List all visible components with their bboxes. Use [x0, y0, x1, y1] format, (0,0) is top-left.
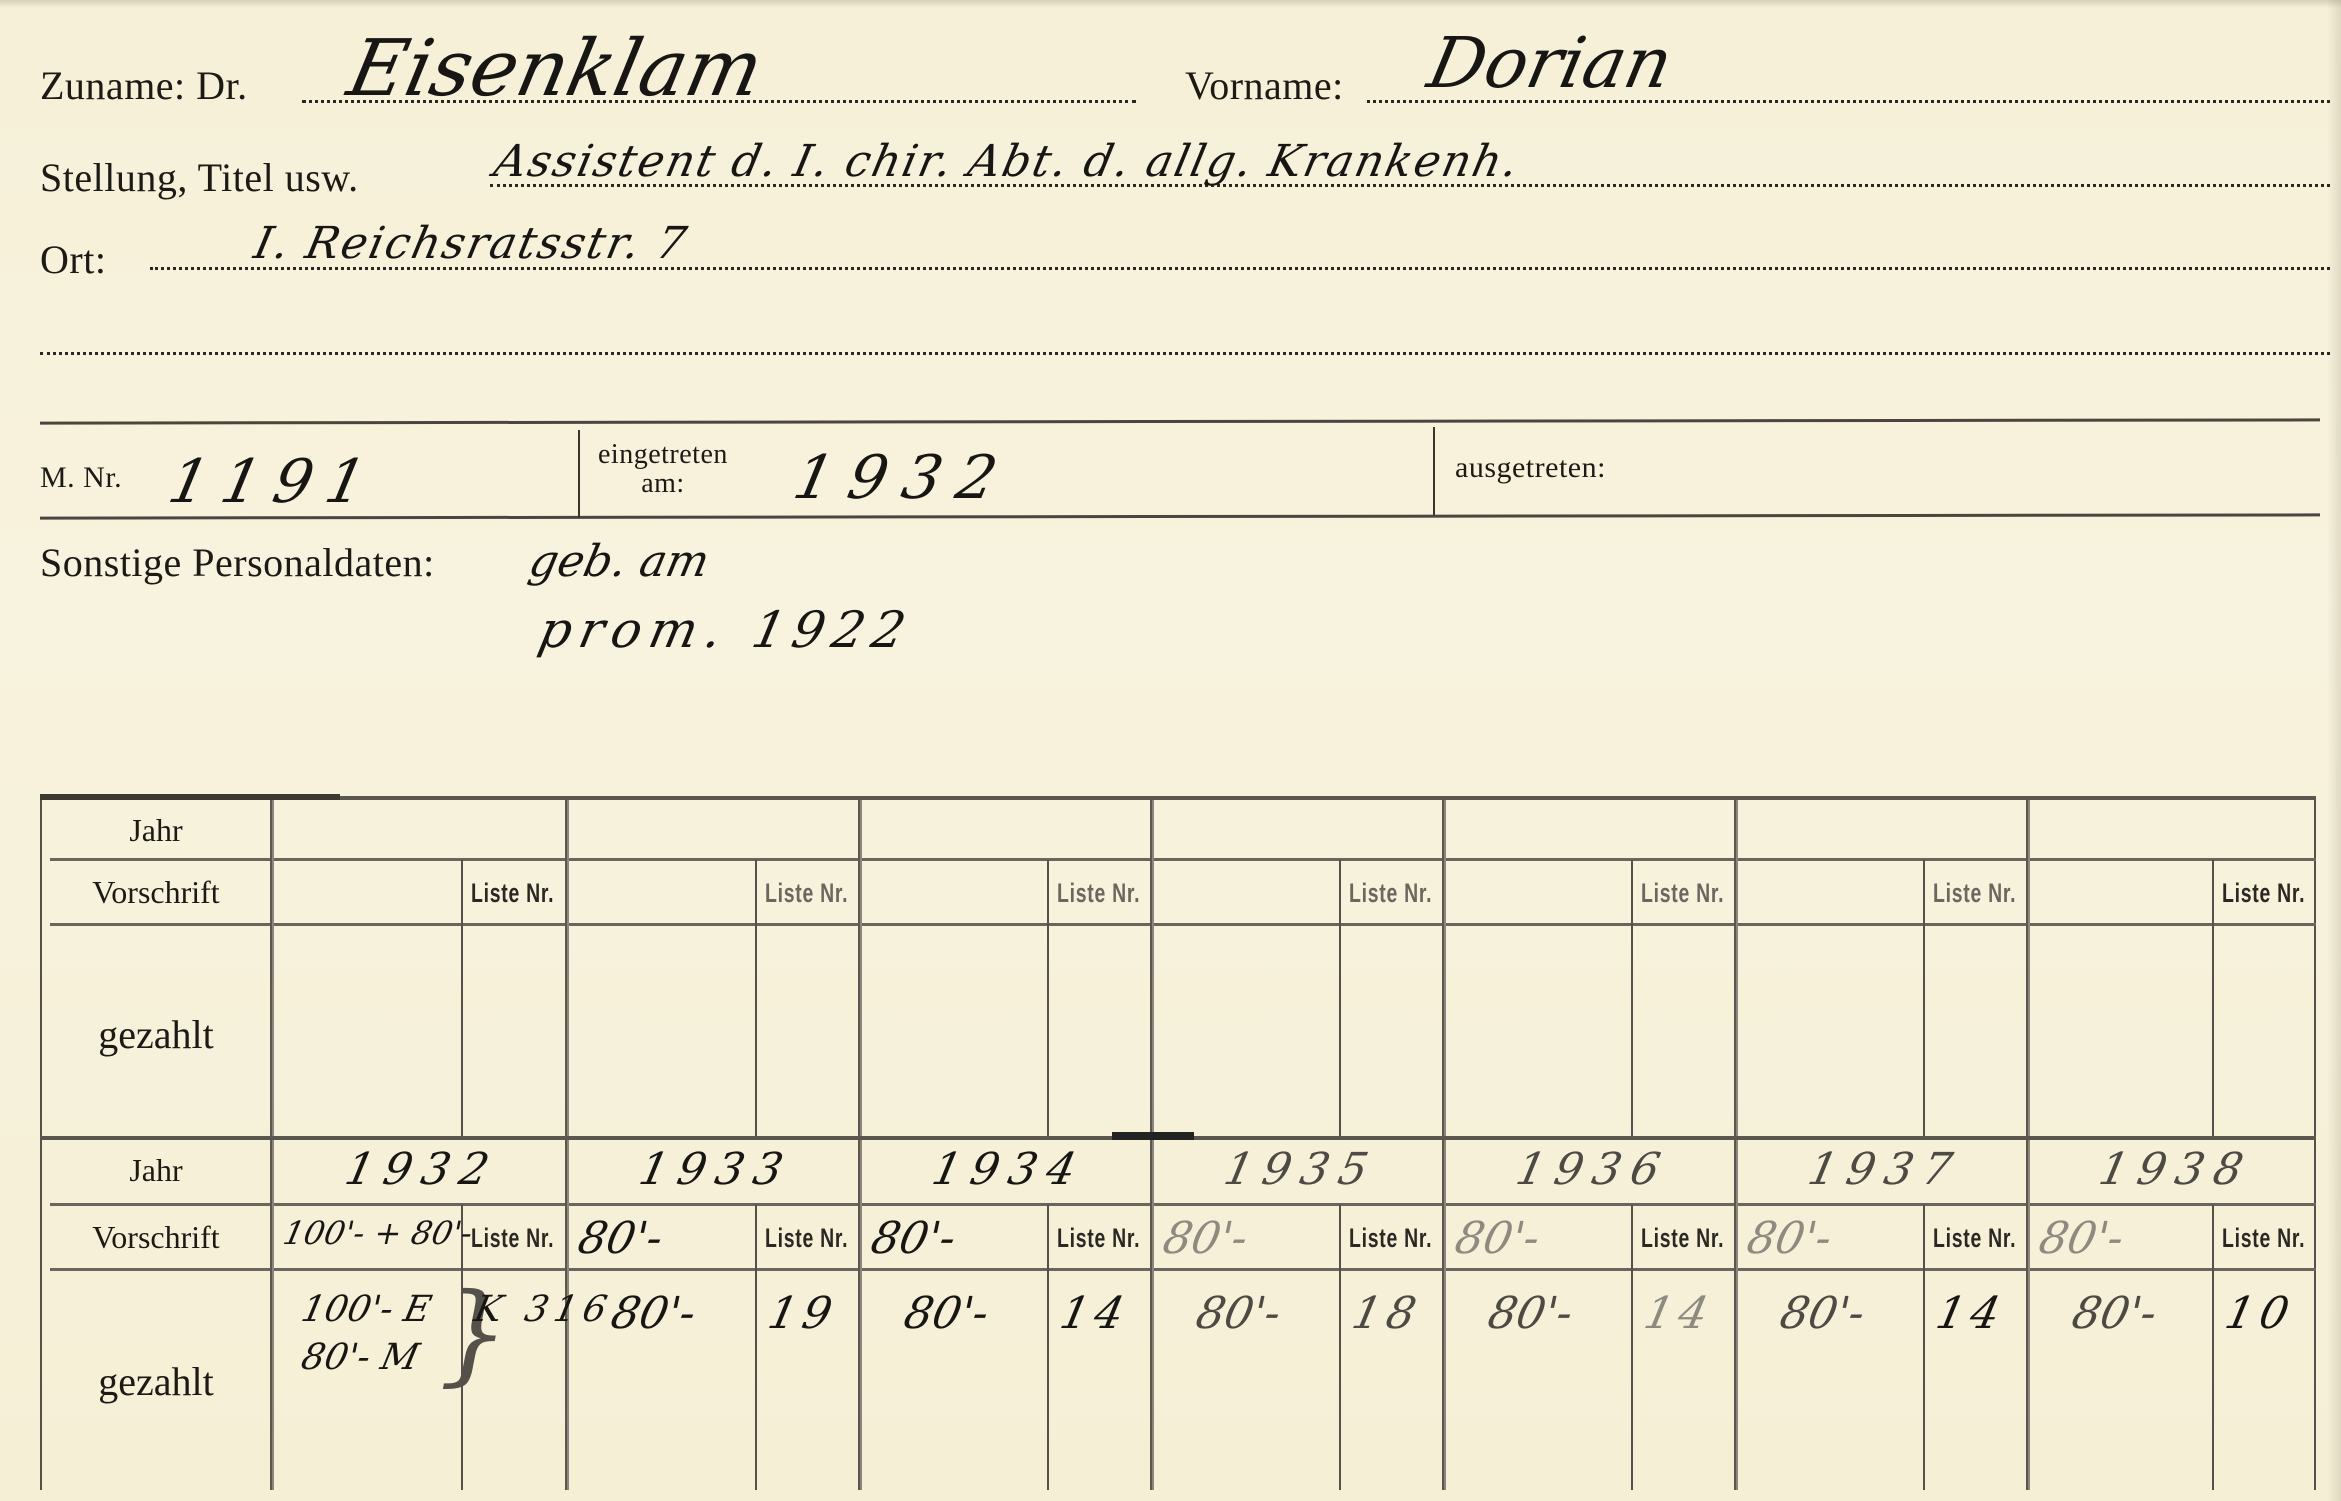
liste-nr-header: Liste Nr. [1349, 878, 1432, 909]
liste-divider [1047, 1205, 1049, 1490]
year-divider [858, 1140, 862, 1490]
row-label-gezahlt: gezahlt [40, 1358, 272, 1405]
liste-nr-header: Liste Nr. [1057, 1223, 1140, 1254]
liste-nr-header: Liste Nr. [765, 878, 848, 909]
liste-divider [1047, 860, 1049, 1140]
mnr-bottom-rule [40, 513, 2320, 519]
liste-nr-header: Liste Nr. [1933, 1223, 2016, 1254]
card-right-edge [2327, 0, 2341, 1501]
row-label-vorschrift: Vorschrift [40, 874, 272, 911]
vorschrift-cell[interactable]: 80'- [574, 1217, 666, 1261]
gezahlt-cell-line2[interactable]: 80'- M [298, 1340, 422, 1376]
eingetreten-label-line2: am: [598, 469, 728, 498]
year-cell[interactable]: 1933 [636, 1148, 797, 1192]
liste-divider [2212, 860, 2214, 1140]
liste-divider [1631, 860, 1633, 1140]
gezahlt-cell[interactable]: 80'- [1776, 1292, 1868, 1336]
year-cell[interactable]: 1938 [2095, 1148, 2256, 1192]
liste-nr-header: Liste Nr. [1933, 878, 2016, 909]
liste-value-cell[interactable]: 18 [1348, 1292, 1425, 1336]
table-top-rule [40, 796, 2316, 800]
liste-nr-header: Liste Nr. [2222, 1223, 2305, 1254]
table-right-border [2314, 800, 2316, 1490]
year-divider [1442, 1140, 1446, 1490]
vorschrift-cell[interactable]: 80'- [1159, 1217, 1251, 1261]
eingetreten-label: eingetreten am: [598, 440, 728, 499]
year-divider [1442, 800, 1446, 1140]
vorschrift-cell[interactable]: 80'- [867, 1217, 959, 1261]
row-label-vorschrift: Vorschrift [40, 1219, 272, 1256]
year-cell[interactable]: 1932 [341, 1148, 502, 1192]
gezahlt-cell[interactable]: 80'- [1484, 1292, 1576, 1336]
year-divider [1150, 800, 1154, 1140]
liste-divider [755, 1205, 757, 1490]
rule-artifact-top [40, 794, 340, 800]
liste-value-cell[interactable]: 10 [2221, 1292, 2298, 1336]
liste-divider [461, 860, 463, 1140]
zuname-value: Eisenklam [342, 30, 770, 108]
liste-nr-header: Liste Nr. [1641, 878, 1724, 909]
year-divider [858, 800, 862, 1140]
stellung-label: Stellung, Titel usw. [40, 158, 359, 198]
row-label-gezahlt: gezahlt [40, 1011, 272, 1058]
eingetreten-value: 1932 [789, 448, 1018, 508]
mnr-divider-1 [578, 430, 580, 518]
liste-nr-header: Liste Nr. [471, 878, 554, 909]
liste-divider [1631, 1205, 1633, 1490]
fee-table: JahrVorschriftgezahltListe Nr.Liste Nr.L… [40, 795, 2316, 1495]
liste-divider [2212, 1205, 2214, 1490]
vorschrift-bottom-rule-2 [50, 1268, 2316, 1271]
mnr-label: M. Nr. [40, 463, 122, 493]
year-divider [2026, 1140, 2030, 1490]
mnr-divider-2 [1433, 427, 1435, 515]
gezahlt-cell[interactable]: 80'- [900, 1292, 992, 1336]
vorschrift-cell[interactable]: 80'- [1743, 1217, 1835, 1261]
year-divider [565, 800, 569, 1140]
eingetreten-label-line1: eingetreten [598, 440, 728, 469]
row-label-jahr: Jahr [40, 812, 272, 849]
sonstige-line1: geb. am [525, 540, 713, 584]
gezahlt-cell[interactable]: 80'- [607, 1292, 699, 1336]
card-top-edge [0, 0, 2341, 8]
liste-divider [1339, 860, 1341, 1140]
vorname-value: Dorian [1423, 28, 1679, 98]
year-divider [270, 800, 274, 1140]
ausgetreten-label: ausgetreten: [1455, 453, 1606, 483]
vorschrift-bottom-rule-1 [50, 923, 2316, 926]
vorschrift-cell[interactable]: 80'- [1451, 1217, 1543, 1261]
gezahlt-cell[interactable]: 80'- [2068, 1292, 2160, 1336]
vorschrift-cell[interactable]: 100'- + 80'- [281, 1217, 476, 1249]
gezahlt-cell[interactable]: 80'- [1192, 1292, 1284, 1336]
liste-nr-header: Liste Nr. [1349, 1223, 1432, 1254]
row-label-jahr: Jahr [40, 1152, 272, 1189]
liste-divider [755, 860, 757, 1140]
stellung-value: Assistent d. I. chir. Abt. d. allg. Kran… [490, 140, 1523, 184]
vorschrift-cell[interactable]: 80'- [2035, 1217, 2127, 1261]
vorname-label: Vorname: [1185, 66, 1344, 106]
liste-divider [1923, 1205, 1925, 1490]
liste-value-cell[interactable]: 14 [1932, 1292, 2009, 1336]
blank-dotted-line [40, 352, 2330, 355]
liste-nr-header: Liste Nr. [1641, 1223, 1724, 1254]
year-cell[interactable]: 1934 [928, 1148, 1089, 1192]
zuname-label: Zuname: Dr. [40, 66, 248, 106]
liste-value-cell[interactable]: 14 [1056, 1292, 1133, 1336]
ort-label: Ort: [40, 240, 106, 280]
membership-card: Zuname: Dr. Eisenklam Vorname: Dorian St… [0, 0, 2341, 1501]
year-divider [1150, 1140, 1154, 1490]
ort-value: I. Reichsratsstr. 7 [250, 222, 691, 266]
jahr-bottom-rule-2 [50, 1203, 2316, 1206]
sonstige-line2: prom. 1922 [535, 605, 918, 655]
year-divider [2026, 800, 2030, 1140]
gezahlt-cell[interactable]: 100'- E [298, 1292, 434, 1328]
mnr-top-rule [40, 418, 2320, 424]
year-cell[interactable]: 1936 [1512, 1148, 1673, 1192]
mnr-value: 1191 [164, 452, 385, 512]
year-cell[interactable]: 1935 [1220, 1148, 1381, 1192]
liste-nr-header: Liste Nr. [2222, 878, 2305, 909]
sonstige-label: Sonstige Personaldaten: [40, 543, 435, 583]
liste-nr-header: Liste Nr. [765, 1223, 848, 1254]
liste-nr-header: Liste Nr. [471, 1223, 554, 1254]
liste-value-cell[interactable]: K 316 [471, 1292, 616, 1328]
liste-divider [1923, 860, 1925, 1140]
liste-value-cell[interactable]: 14 [1640, 1292, 1717, 1336]
year-divider [1734, 800, 1738, 1140]
rule-artifact [1112, 1132, 1194, 1140]
liste-value-cell[interactable]: 19 [764, 1292, 841, 1336]
liste-nr-header: Liste Nr. [1057, 878, 1140, 909]
jahr-bottom-rule-1 [50, 858, 2316, 861]
year-cell[interactable]: 1937 [1804, 1148, 1965, 1192]
year-divider [270, 1140, 274, 1490]
year-divider [1734, 1140, 1738, 1490]
liste-divider [1339, 1205, 1341, 1490]
